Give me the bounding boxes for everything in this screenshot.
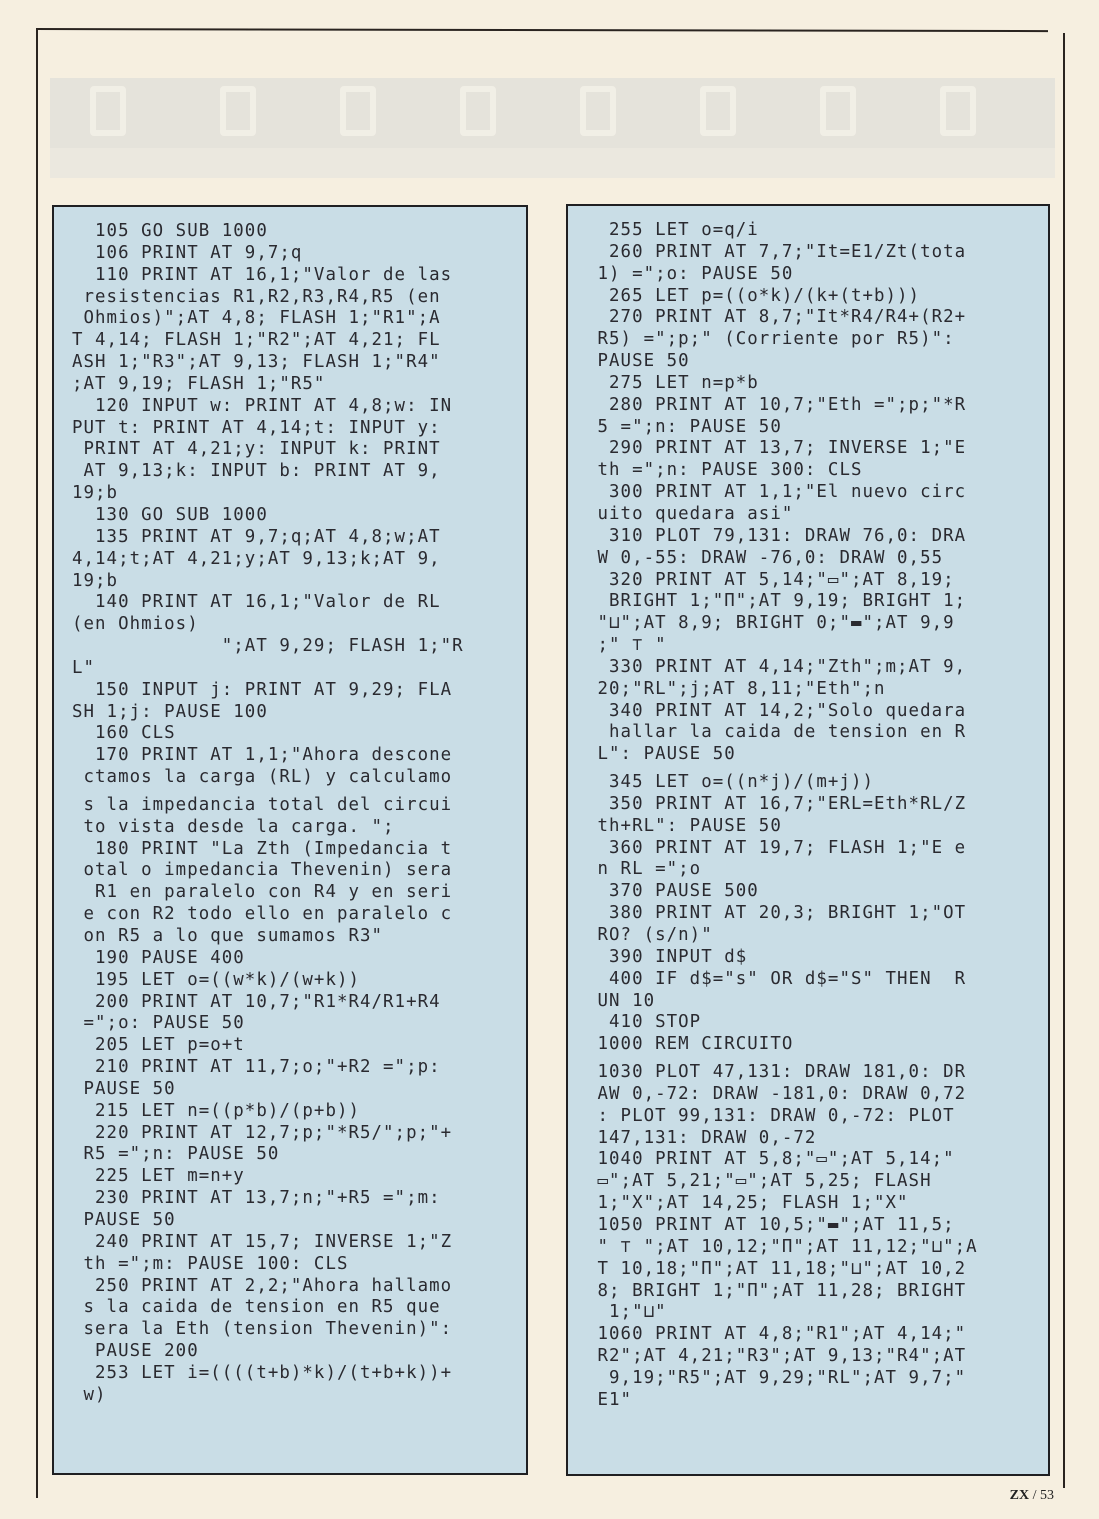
code-line: Ohmios)";AT 4,8; FLASH 1;"R1";A: [72, 308, 510, 330]
code-line: th =";m: PAUSE 100: CLS: [72, 1254, 510, 1276]
code-line: th+RL": PAUSE 50: [586, 816, 1032, 838]
code-line: 1060 PRINT AT 4,8;"R1";AT 4,14;": [586, 1324, 1032, 1346]
code-line: : PLOT 99,131: DRAW 0,-72: PLOT: [586, 1106, 1032, 1128]
code-line: 147,131: DRAW 0,-72: [586, 1128, 1032, 1150]
top-border-rule: [36, 28, 1048, 32]
code-line: 160 CLS: [72, 723, 510, 745]
code-line: "⊔";AT 8,9; BRIGHT 0;"▬";AT 9,9: [586, 613, 1032, 635]
code-line: 340 PRINT AT 14,2;"Solo quedara: [586, 701, 1032, 723]
code-line: 170 PRINT AT 1,1;"Ahora descone: [72, 745, 510, 767]
code-line: to vista desde la carga. ";: [72, 817, 510, 839]
code-line: 19;b: [72, 483, 510, 505]
code-line: R1 en paralelo con R4 y en seri: [72, 882, 510, 904]
code-line: 250 PRINT AT 2,2;"Ahora hallamo: [72, 1276, 510, 1298]
code-line: w): [72, 1385, 510, 1407]
code-line: 253 LET i=((((t+b)*k)/(t+b+k))+: [72, 1363, 510, 1385]
code-line: 110 PRINT AT 16,1;"Valor de las: [72, 265, 510, 287]
code-line: 1030 PLOT 47,131: DRAW 181,0: DR: [586, 1062, 1032, 1084]
code-line: PAUSE 200: [72, 1341, 510, 1363]
code-line: L": [72, 658, 510, 680]
code-line: 190 PAUSE 400: [72, 948, 510, 970]
code-line: ;" ⊤ ": [586, 635, 1032, 657]
code-line: PAUSE 50: [586, 351, 1032, 373]
code-line: uito quedara asi": [586, 504, 1032, 526]
code-line: on R5 a lo que sumamos R3": [72, 926, 510, 948]
show-through-letter: [820, 86, 856, 136]
code-line: 320 PRINT AT 5,14;"▭";AT 8,19;: [586, 570, 1032, 592]
code-line: 270 PRINT AT 8,7;"It*R4/R4+(R2+: [586, 307, 1032, 329]
code-line: resistencias R1,R2,R3,R4,R5 (en: [72, 287, 510, 309]
code-line: 105 GO SUB 1000: [72, 221, 510, 243]
code-line: R2";AT 4,21;"R3";AT 9,13;"R4";AT: [586, 1346, 1032, 1368]
code-line: 1000 REM CIRCUITO: [586, 1034, 1032, 1056]
code-line: 1040 PRINT AT 5,8;"▭";AT 5,14;": [586, 1149, 1032, 1171]
code-line: 300 PRINT AT 1,1;"El nuevo circ: [586, 482, 1032, 504]
code-line: 200 PRINT AT 10,7;"R1*R4/R1+R4: [72, 992, 510, 1014]
code-line: 255 LET o=q/i: [586, 220, 1032, 242]
code-line: RO? (s/n)": [586, 925, 1032, 947]
code-line: 310 PLOT 79,131: DRAW 76,0: DRA: [586, 526, 1032, 548]
show-through-masthead: [50, 78, 1055, 178]
code-line: 106 PRINT AT 9,7;q: [72, 243, 510, 265]
code-line: 380 PRINT AT 20,3; BRIGHT 1;"OT: [586, 903, 1032, 925]
show-through-letter: [700, 86, 736, 136]
code-line: otal o impedancia Thevenin) sera: [72, 860, 510, 882]
code-line: 135 PRINT AT 9,7;q;AT 4,8;w;AT: [72, 527, 510, 549]
code-line: 370 PAUSE 500: [586, 881, 1032, 903]
code-line: 210 PRINT AT 11,7;o;"+R2 =";p:: [72, 1057, 510, 1079]
code-line: 215 LET n=((p*b)/(p+b)): [72, 1101, 510, 1123]
page-footer: ZX / 53: [1010, 1488, 1054, 1504]
page-number: 53: [1040, 1488, 1054, 1503]
code-line: W 0,-55: DRAW -76,0: DRAW 0,55: [586, 548, 1032, 570]
code-line: 275 LET n=p*b: [586, 373, 1032, 395]
code-line: 180 PRINT "La Zth (Impedancia t: [72, 839, 510, 861]
code-line: 20;"RL";j;AT 8,11;"Eth";n: [586, 679, 1032, 701]
footer-separator: /: [1029, 1488, 1040, 1503]
show-through-letter: [340, 86, 376, 136]
show-through-letter: [460, 86, 496, 136]
code-line: 410 STOP: [586, 1012, 1032, 1034]
code-line: ASH 1;"R3";AT 9,13; FLASH 1;"R4": [72, 352, 510, 374]
code-line: s la impedancia total del circui: [72, 795, 510, 817]
code-line: 345 LET o=((n*j)/(m+j)): [586, 772, 1032, 794]
show-through-letter: [220, 86, 256, 136]
code-line: 225 LET m=n+y: [72, 1166, 510, 1188]
code-line: R5) =";p;" (Corriente por R5)":: [586, 329, 1032, 351]
code-line: ctamos la carga (RL) y calculamo: [72, 767, 510, 789]
right-border-rule: [1063, 33, 1065, 1488]
code-line: 390 INPUT d$: [586, 947, 1032, 969]
code-line: =";o: PAUSE 50: [72, 1013, 510, 1035]
code-line: n RL =";o: [586, 859, 1032, 881]
code-line: 1050 PRINT AT 10,5;"▬";AT 11,5;: [586, 1215, 1032, 1237]
code-line: AT 9,13;k: INPUT b: PRINT AT 9,: [72, 461, 510, 483]
code-line: ";AT 9,29; FLASH 1;"R: [72, 636, 510, 658]
code-line: hallar la caida de tension en R: [586, 722, 1032, 744]
code-line: PRINT AT 4,21;y: INPUT k: PRINT: [72, 439, 510, 461]
code-line: AW 0,-72: DRAW -181,0: DRAW 0,72: [586, 1084, 1032, 1106]
code-line: 360 PRINT AT 19,7; FLASH 1;"E e: [586, 838, 1032, 860]
code-line: 260 PRINT AT 7,7;"It=E1/Zt(tota: [586, 242, 1032, 264]
code-line: 9,19;"R5";AT 9,29;"RL";AT 9,7;": [586, 1368, 1032, 1390]
code-line: 130 GO SUB 1000: [72, 505, 510, 527]
code-line: th =";n: PAUSE 300: CLS: [586, 460, 1032, 482]
code-line: " ⊤ ";AT 10,12;"Π";AT 11,12;"⊔";A: [586, 1237, 1032, 1259]
code-line: BRIGHT 1;"Π";AT 9,19; BRIGHT 1;: [586, 591, 1032, 613]
basic-listing-left: 105 GO SUB 1000 106 PRINT AT 9,7;q 110 P…: [52, 205, 528, 1475]
code-line: PUT t: PRINT AT 4,14;t: INPUT y:: [72, 418, 510, 440]
code-line: e con R2 todo ello en paralelo c: [72, 904, 510, 926]
code-line: L": PAUSE 50: [586, 744, 1032, 766]
code-line: R5 =";n: PAUSE 50: [72, 1144, 510, 1166]
code-line: sera la Eth (tension Thevenin)":: [72, 1319, 510, 1341]
code-line: 19;b: [72, 571, 510, 593]
code-line: 350 PRINT AT 16,7;"ERL=Eth*RL/Z: [586, 794, 1032, 816]
code-line: 400 IF d$="s" OR d$="S" THEN R: [586, 969, 1032, 991]
code-line: 120 INPUT w: PRINT AT 4,8;w: IN: [72, 396, 510, 418]
code-line: s la caida de tension en R5 que: [72, 1297, 510, 1319]
code-line: 220 PRINT AT 12,7;p;"*R5/";p;"+: [72, 1123, 510, 1145]
magazine-brand: ZX: [1010, 1488, 1029, 1503]
show-through-letter: [940, 86, 976, 136]
code-line: ;AT 9,19; FLASH 1;"R5": [72, 374, 510, 396]
code-line: 330 PRINT AT 4,14;"Zth";m;AT 9,: [586, 657, 1032, 679]
code-line: 240 PRINT AT 15,7; INVERSE 1;"Z: [72, 1232, 510, 1254]
code-line: 1;"⊔": [586, 1302, 1032, 1324]
code-line: 280 PRINT AT 10,7;"Eth =";p;"*R: [586, 395, 1032, 417]
code-line: 4,14;t;AT 4,21;y;AT 9,13;k;AT 9,: [72, 549, 510, 571]
code-line: 150 INPUT j: PRINT AT 9,29; FLA: [72, 680, 510, 702]
code-line: 140 PRINT AT 16,1;"Valor de RL: [72, 592, 510, 614]
code-line: 230 PRINT AT 13,7;n;"+R5 =";m:: [72, 1188, 510, 1210]
code-line: 205 LET p=o+t: [72, 1035, 510, 1057]
code-line: 1;"X";AT 14,25; FLASH 1;"X": [586, 1193, 1032, 1215]
code-line: 290 PRINT AT 13,7; INVERSE 1;"E: [586, 438, 1032, 460]
code-line: E1": [586, 1390, 1032, 1412]
show-through-letter: [90, 86, 126, 136]
code-line: 8; BRIGHT 1;"Π";AT 11,28; BRIGHT: [586, 1281, 1032, 1303]
code-line: SH 1;j: PAUSE 100: [72, 702, 510, 724]
code-line: 5 =";n: PAUSE 50: [586, 417, 1032, 439]
code-line: (en Ohmios): [72, 614, 510, 636]
code-line: 195 LET o=((w*k)/(w+k)): [72, 970, 510, 992]
code-line: PAUSE 50: [72, 1079, 510, 1101]
code-line: T 4,14; FLASH 1;"R2";AT 4,21; FL: [72, 330, 510, 352]
code-line: UN 10: [586, 991, 1032, 1013]
code-line: PAUSE 50: [72, 1210, 510, 1232]
code-line: 265 LET p=((o*k)/(k+(t+b))): [586, 286, 1032, 308]
code-line: T 10,18;"Π";AT 11,18;"⊔";AT 10,2: [586, 1259, 1032, 1281]
basic-listing-right: 255 LET o=q/i 260 PRINT AT 7,7;"It=E1/Zt…: [566, 204, 1050, 1476]
show-through-letter: [580, 86, 616, 136]
show-through-masthead-band: [50, 78, 1055, 148]
code-line: ▭";AT 5,21;"▭";AT 5,25; FLASH: [586, 1171, 1032, 1193]
code-line: 1) =";o: PAUSE 50: [586, 264, 1032, 286]
left-border-rule: [36, 28, 38, 1498]
